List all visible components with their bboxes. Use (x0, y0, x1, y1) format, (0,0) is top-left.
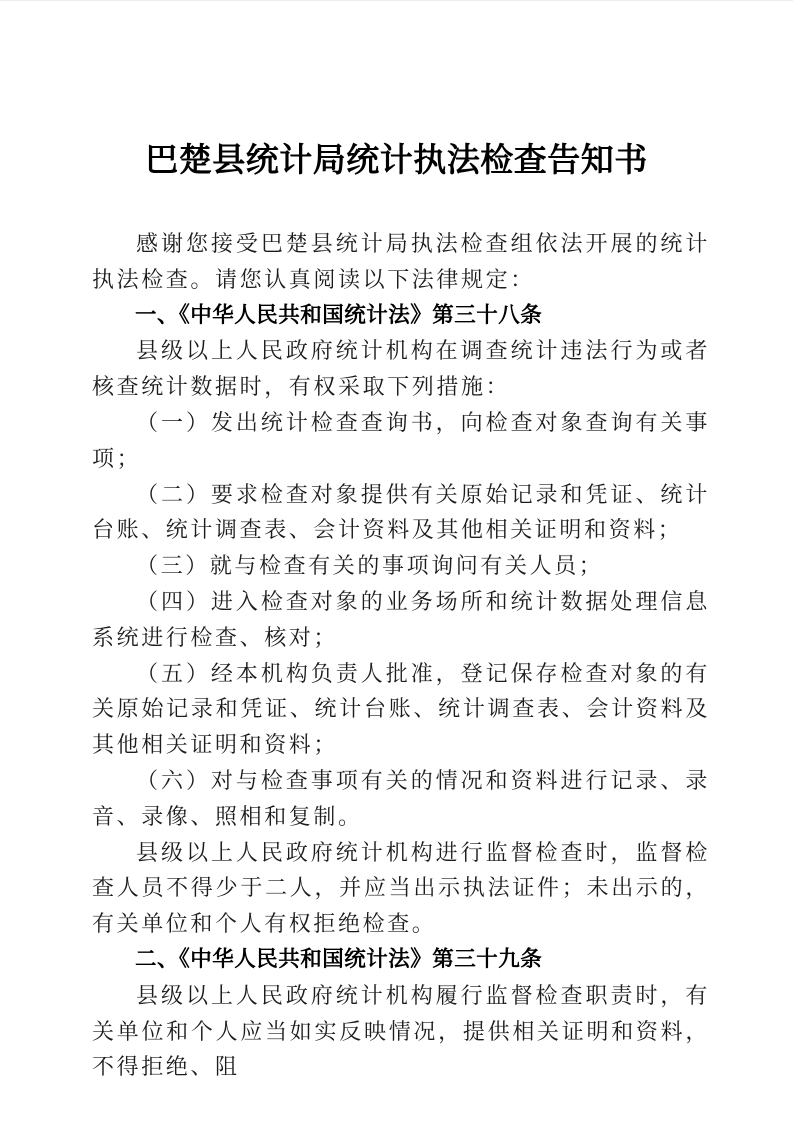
paragraph: （三）就与检查有关的事项询问有关人员； (92, 548, 710, 584)
paragraph: 县级以上人民政府统计机构履行监督检查职责时，有关单位和个人应当如实反映情况，提供… (92, 978, 710, 1085)
section-heading: 二、《中华人民共和国统计法》第三十九条 (92, 942, 710, 978)
paragraph: （二）要求检查对象提供有关原始记录和凭证、统计台账、统计调查表、会计资料及其他相… (92, 477, 710, 549)
document-title: 巴楚县统计局统计执法检查告知书 (0, 1, 793, 184)
paragraph: 县级以上人民政府统计机构在调查统计违法行为或者核查统计数据时，有权采取下列措施： (92, 333, 710, 405)
document-body: 感谢您接受巴楚县统计局执法检查组依法开展的统计执法检查。请您认真阅读以下法律规定… (0, 226, 793, 1085)
paragraph: （六）对与检查事项有关的情况和资料进行记录、录音、录像、照相和复制。 (92, 763, 710, 835)
paragraph: （一）发出统计检查查询书，向检查对象查询有关事项； (92, 405, 710, 477)
paragraph: （五）经本机构负责人批准，登记保存检查对象的有关原始记录和凭证、统计台账、统计调… (92, 656, 710, 763)
document-page: 巴楚县统计局统计执法检查告知书 感谢您接受巴楚县统计局执法检查组依法开展的统计执… (0, 0, 793, 1122)
paragraph: （四）进入检查对象的业务场所和统计数据处理信息系统进行检查、核对； (92, 584, 710, 656)
paragraph: 县级以上人民政府统计机构进行监督检查时，监督检查人员不得少于二人，并应当出示执法… (92, 835, 710, 942)
section-heading: 一、《中华人民共和国统计法》第三十八条 (92, 298, 710, 334)
paragraph: 感谢您接受巴楚县统计局执法检查组依法开展的统计执法检查。请您认真阅读以下法律规定… (92, 226, 710, 298)
